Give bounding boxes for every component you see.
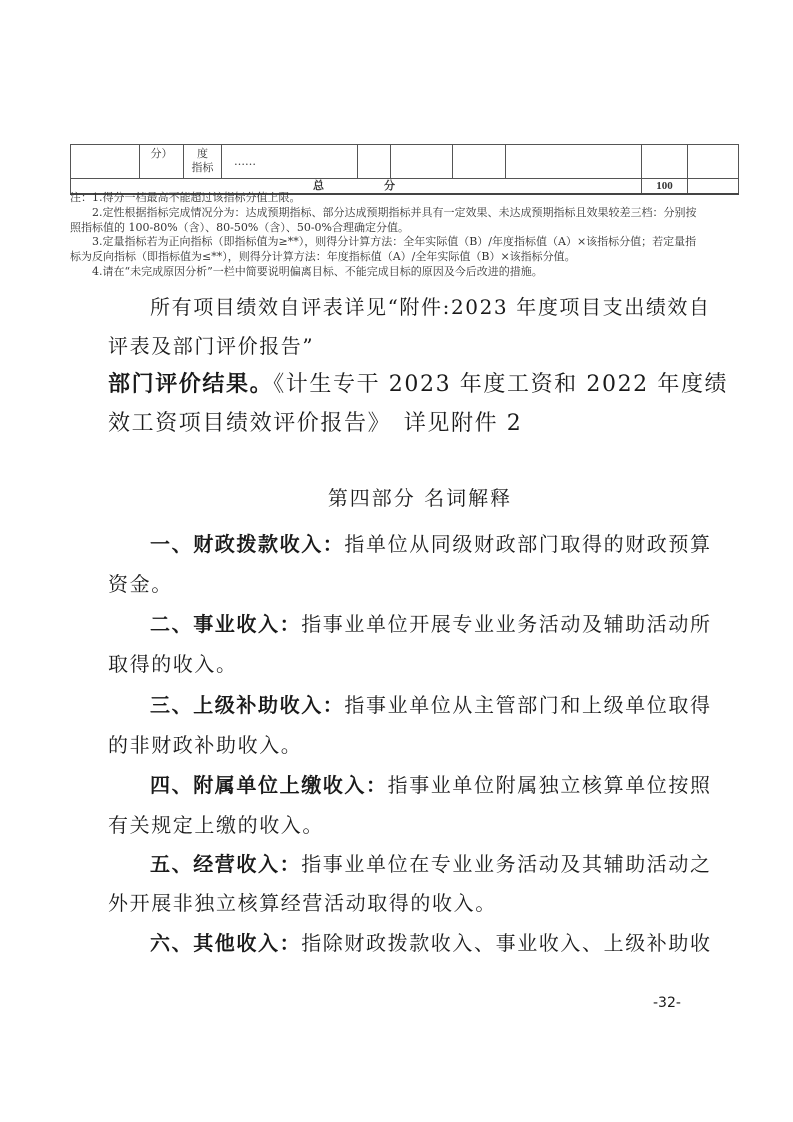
definition-3-line1: 三、上级补助收入：指事业单位从主管部门和上级单位取得: [150, 689, 750, 718]
note-line: 照指标值的 100-80%（含）、80-50%（含）、50-0%合理确定分值。: [70, 221, 740, 236]
table-cell: ……: [222, 145, 358, 179]
definition-text: 指除财政拨款收入、事业收入、上级补助收: [301, 931, 711, 955]
definition-3-line2: 的非财政补助收入。: [108, 729, 708, 758]
score-table-fragment: 分） 度 指标 …… 总分 100: [70, 144, 739, 195]
table-cell: [506, 145, 642, 179]
table-notes: 注：1.得分一档最高不能超过该指标分值上限。 2.定性根据指标完成情况分为：达成…: [70, 191, 740, 280]
definition-5-line2: 外开展非独立核算经营活动取得的收入。: [108, 887, 708, 916]
dept-eval-text: 《计生专干 2023 年度工资和 2022 年度绩: [273, 372, 728, 397]
paragraph-self-eval-line2: 评表及部门评价报告”: [108, 330, 708, 359]
table-cell: [642, 145, 688, 179]
page-number: -32-: [653, 995, 681, 1011]
note-line: 4.请在“未完成原因分析”一栏中简要说明偏离目标、不能完成目标的原因及今后改进的…: [70, 265, 740, 280]
definition-text: 指事业单位开展专业业务活动及辅助活动所: [301, 612, 711, 636]
paragraph-dept-eval-line2: 效工资项目绩效评价报告》 详见附件 2: [108, 406, 708, 437]
definition-term: 六、其他收入：: [150, 931, 301, 955]
table-row: 分） 度 指标 ……: [71, 145, 739, 179]
section-heading: 第四部分 名词解释: [0, 482, 793, 511]
definition-5-line1: 五、经营收入：指事业单位在专业业务活动及其辅助活动之: [150, 848, 750, 877]
definition-2-line2: 取得的收入。: [108, 648, 708, 677]
definition-term: 四、附属单位上缴收入：: [150, 773, 388, 797]
definition-text: 指单位从同级财政部门取得的财政预算: [344, 532, 711, 556]
definition-term: 一、财政拨款收入：: [150, 532, 344, 556]
paragraph-dept-eval-line1: 部门评价结果。《计生专干 2023 年度工资和 2022 年度绩: [108, 367, 708, 398]
note-line: 2.定性根据指标完成情况分为：达成预期指标、部分达成预期指标并具有一定效果、未达…: [70, 206, 740, 221]
note-line: 注：1.得分一档最高不能超过该指标分值上限。: [70, 191, 740, 206]
definition-term: 五、经营收入：: [150, 852, 301, 876]
table-cell: 度 指标: [184, 145, 222, 179]
definition-1-line2: 资金。: [108, 568, 708, 597]
definition-4-line1: 四、附属单位上缴收入：指事业单位附属独立核算单位按照: [150, 769, 750, 798]
table-cell: [358, 145, 391, 179]
paragraph-self-eval-line1: 所有项目绩效自评表详见“附件:2023 年度项目支出绩效自: [150, 291, 750, 320]
table-cell: [453, 145, 506, 179]
definition-2-line1: 二、事业收入：指事业单位开展专业业务活动及辅助活动所: [150, 608, 750, 637]
document-page: 分） 度 指标 …… 总分 100 注：1.得分一档最高不能超过该指标分值上限。…: [0, 0, 793, 1122]
definition-1-line1: 一、财政拨款收入：指单位从同级财政部门取得的财政预算: [150, 528, 750, 557]
definition-term: 二、事业收入：: [150, 612, 301, 636]
note-line: 3.定量指标若为正向指标（即指标值为≥**），则得分计算方法：全年实际值（B）/…: [70, 235, 740, 250]
definition-6-line1: 六、其他收入：指除财政拨款收入、事业收入、上级补助收: [150, 927, 750, 956]
table-cell: [688, 145, 739, 179]
dept-eval-title: 部门评价结果。: [108, 372, 273, 397]
definition-term: 三、上级补助收入：: [150, 693, 344, 717]
table-cell: [391, 145, 453, 179]
definition-text: 指事业单位在专业业务活动及其辅助活动之: [301, 852, 711, 876]
definition-text: 指事业单位从主管部门和上级单位取得: [344, 693, 711, 717]
definition-text: 指事业单位附属独立核算单位按照: [388, 773, 712, 797]
definition-4-line2: 有关规定上缴的收入。: [108, 809, 708, 838]
table-cell: 分）: [140, 145, 184, 179]
note-line: 标为反向指标（即指标值为≤**），则得分计算方法：年度指标值（A）/全年实际值（…: [70, 250, 740, 265]
table-cell: [71, 145, 140, 179]
